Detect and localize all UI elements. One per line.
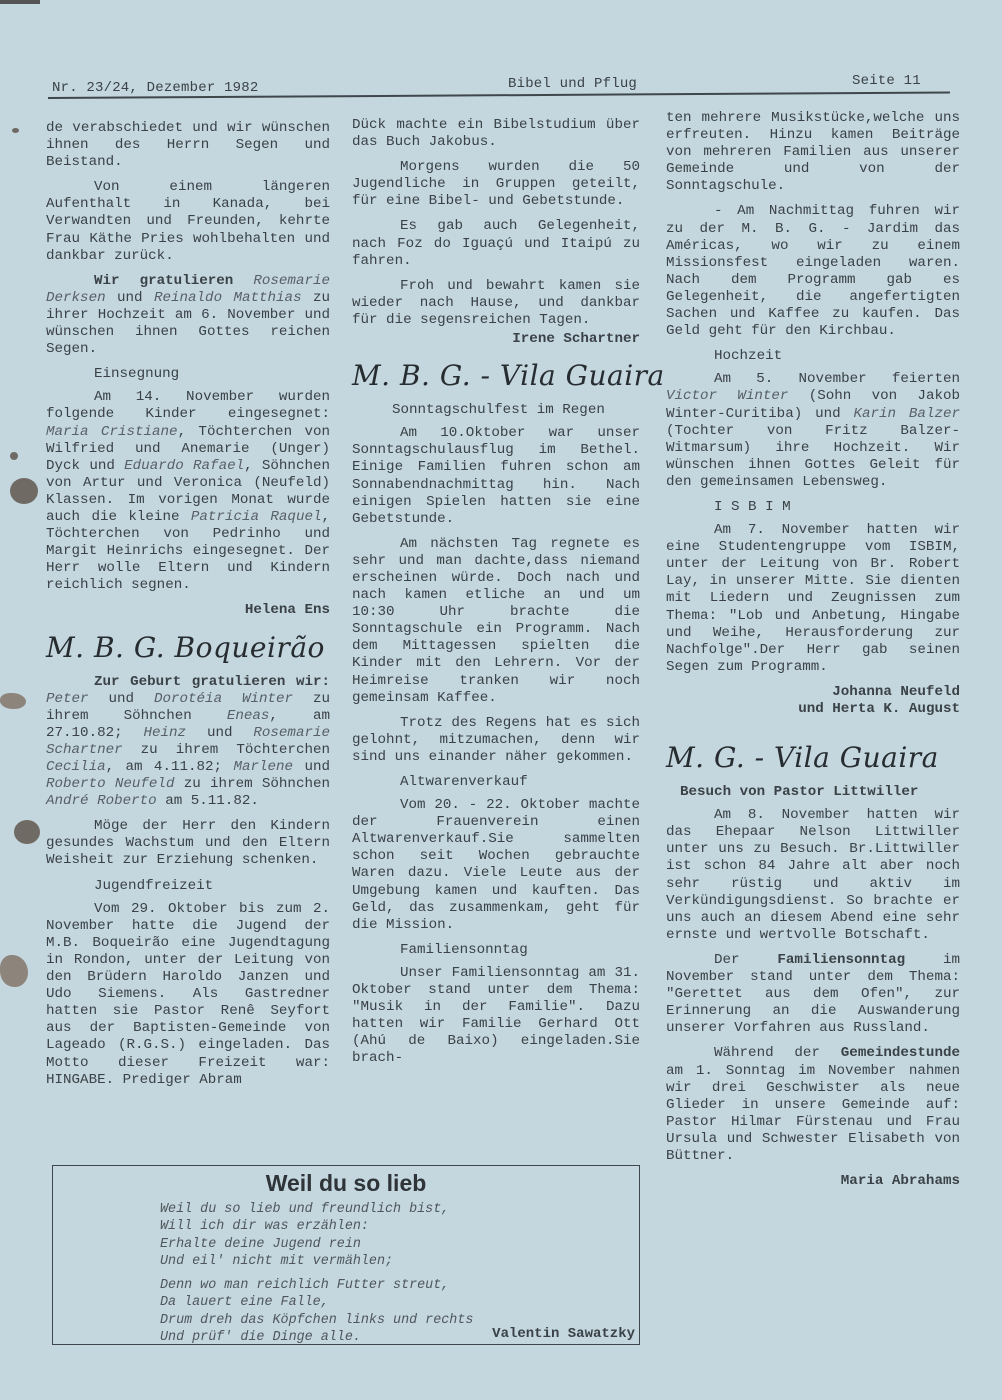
signature: Irene Schartner <box>352 331 640 348</box>
heading-familiensonntag: Familiensonntag <box>400 942 640 959</box>
paragraph: - Am Nachmittag fuhren wir zu der M. B. … <box>666 203 960 340</box>
poem-stanza: Weil du so lieb und freundlich bist, Wil… <box>160 1201 473 1270</box>
scan-edge <box>0 0 40 4</box>
column-3: ten mehrere Musikstücke,welche uns erfre… <box>666 110 960 1200</box>
paragraph: ten mehrere Musikstücke,welche uns erfre… <box>666 110 960 195</box>
signature: Maria Abrahams <box>666 1173 960 1190</box>
publication-title: Bibel und Pflug <box>508 76 637 92</box>
paragraph-geburt: Zur Geburt gratulieren wir: Peter und Do… <box>46 674 330 811</box>
page-number: Seite 11 <box>852 73 921 89</box>
paragraph: Vom 20. - 22. Oktober machte der Frauenv… <box>352 797 640 934</box>
paragraph-familiensonntag: Der Familiensonntag im November stand un… <box>666 952 960 1037</box>
signature: Helena Ens <box>46 602 330 619</box>
heading-einsegnung: Einsegnung <box>94 366 330 383</box>
heading-isbim: I S B I M <box>714 499 960 516</box>
section-title-vila-guaira: M. B. G. - Vila Guaira <box>352 358 640 394</box>
heading-hochzeit: Hochzeit <box>714 348 960 365</box>
heading-besuch: Besuch von Pastor Littwiller <box>680 784 960 801</box>
paragraph-congrats: Wir gratulieren Rosemarie Derksen und Re… <box>46 273 330 358</box>
paragraph-einsegnung: Am 14. November wurden folgende Kinder e… <box>46 389 330 594</box>
paragraph: Trotz des Regens hat es sich gelohnt, mi… <box>352 715 640 766</box>
paragraph: Am 10.Oktober war unser Sonntagschulausf… <box>352 425 640 528</box>
paragraph: de verabschiedet und wir wünschen ihnen … <box>46 120 330 171</box>
poem-author: Valentin Sawatzky <box>492 1326 635 1342</box>
paper-stain <box>0 693 26 709</box>
signature: Johanna Neufeldund Herta K. August <box>666 684 960 718</box>
punch-hole <box>10 478 38 504</box>
heading-jugendfreizeit: Jugendfreizeit <box>94 878 330 895</box>
paragraph: Am 8. November hatten wir das Ehepaar Ne… <box>666 807 960 944</box>
paper-stain <box>0 955 28 987</box>
poem-body: Weil du so lieb und freundlich bist, Wil… <box>160 1201 473 1353</box>
paragraph: Dück machte ein Bibelstudium über das Bu… <box>352 117 640 151</box>
paragraph: Froh und bewahrt kamen sie wieder nach H… <box>352 278 640 329</box>
paragraph: Am 7. November hatten wir eine Studenten… <box>666 522 960 676</box>
paragraph: Unser Familiensonntag am 31. Oktober sta… <box>352 965 640 1068</box>
punch-hole <box>14 820 40 844</box>
poem-title: Weil du so lieb <box>53 1170 639 1197</box>
paragraph: Es gab auch Gelegenheit, nach Foz do Igu… <box>352 218 640 269</box>
paragraph: Möge der Herr den Kindern gesundes Wachs… <box>46 818 330 869</box>
column-1: de verabschiedet und wir wünschen ihnen … <box>46 120 330 1097</box>
paragraph: Von einem längeren Aufenthalt in Kanada,… <box>46 179 330 264</box>
section-title-boqueirao: M. B. G. Boqueirão <box>46 630 330 666</box>
paragraph: Morgens wurden die 50 Jugendliche in Gru… <box>352 159 640 210</box>
stain-dot <box>12 128 19 133</box>
poem-box: Weil du so lieb Weil du so lieb und freu… <box>52 1165 640 1345</box>
poem-stanza: Denn wo man reichlich Futter streut, Da … <box>160 1277 473 1346</box>
paragraph: Am nächsten Tag regnete es sehr und man … <box>352 536 640 707</box>
column-2: Dück machte ein Bibelstudium über das Bu… <box>352 117 640 1076</box>
stain-dot <box>10 452 18 460</box>
paragraph-gemeindestunde: Während der Gemeindestunde am 1. Sonntag… <box>666 1045 960 1165</box>
issue-number: Nr. 23/24, Dezember 1982 <box>52 80 258 96</box>
heading-altwarenverkauf: Altwarenverkauf <box>400 774 640 791</box>
paragraph-hochzeit: Am 5. November feierten Victor Winter (S… <box>666 371 960 491</box>
section-title-mg-vila-guaira: M. G. - Vila Guaira <box>666 740 960 776</box>
heading-sonntagschulfest: Sonntagschulfest im Regen <box>392 402 640 419</box>
paragraph: Vom 29. Oktober bis zum 2. November hatt… <box>46 901 330 1089</box>
